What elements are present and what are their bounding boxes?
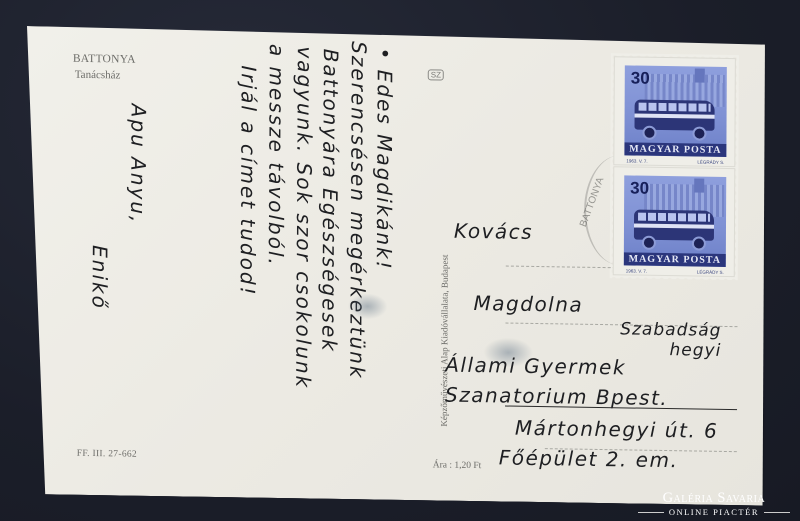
watermark-subtitle-text: ONLINE PIACTÉR <box>669 507 759 517</box>
stamp-value: 30 <box>631 68 650 88</box>
tower-illustration <box>695 68 705 82</box>
address-line: Állami Gyermek <box>445 353 626 380</box>
bus-windows <box>638 213 710 222</box>
postage-stamp: 30 MAGYAR POSTA 1963. V. 7. LÉGRÁDY S. <box>614 167 735 276</box>
address-line: Kovács <box>454 219 533 244</box>
postage-stamp: 30 MAGYAR POSTA 1963. V. 7. LÉGRÁDY S. <box>614 57 735 166</box>
bus-wheel <box>692 236 706 250</box>
address-dotted-line <box>506 266 616 269</box>
address-line: Magdolna <box>474 291 584 317</box>
signature-line: Enikő <box>88 245 112 310</box>
bus-wheel <box>642 236 656 250</box>
watermark-title: Galéria Savaria <box>638 490 790 507</box>
watermark-subtitle: ONLINE PIACTÉR <box>638 507 790 517</box>
stamp-designer: LÉGRÁDY S. <box>697 270 724 275</box>
publisher-logo: SZ <box>428 69 444 80</box>
address-line: Mártonhegyi út. 6 <box>515 416 718 443</box>
stamp-value: 30 <box>630 178 649 198</box>
printed-subtitle: Tanácsház <box>75 69 121 82</box>
bus-wheel <box>692 126 706 140</box>
watermark: Galéria Savaria ONLINE PIACTÉR <box>638 490 790 517</box>
printed-town: BATTONYA <box>73 53 136 66</box>
tower-illustration <box>694 178 704 192</box>
bus-wheel <box>642 126 656 140</box>
message-line: Battonyára Egészségesek <box>317 49 343 353</box>
message-line: • Edes Magdikánk! <box>372 47 397 271</box>
ink-smudge <box>347 293 387 320</box>
message-line: Irjál a címet tudod! <box>236 65 261 297</box>
catalog-code: FF. III. 27-662 <box>77 449 137 460</box>
bus-windows <box>639 103 711 112</box>
message-line: vagyunk. Sok szor csokolunk <box>291 46 317 389</box>
price-label: Ára : 1,20 Ft <box>433 460 482 471</box>
address-line: Főépület 2. em. <box>499 445 679 472</box>
stamp-designer: LÉGRÁDY S. <box>697 160 724 165</box>
message-line: a messze távolból. <box>264 44 289 267</box>
signature-line: Apu Anyu, <box>126 104 151 225</box>
stamp-date-print: 1963. V. 7. <box>626 158 647 163</box>
stamp-image: 30 MAGYAR POSTA <box>624 65 726 157</box>
stamp-date-print: 1963. V. 7. <box>626 268 647 273</box>
address-line: Szabadság hegyi <box>611 319 721 361</box>
stamp-image: 30 MAGYAR POSTA <box>624 175 726 267</box>
postcard: BATTONYA Tanácsház FF. III. 27-662 Ára :… <box>25 26 765 506</box>
stamp-country: MAGYAR POSTA <box>624 252 726 267</box>
stamp-country: MAGYAR POSTA <box>624 142 726 157</box>
message-line: Szerencsésen megérkeztünk <box>345 41 371 380</box>
